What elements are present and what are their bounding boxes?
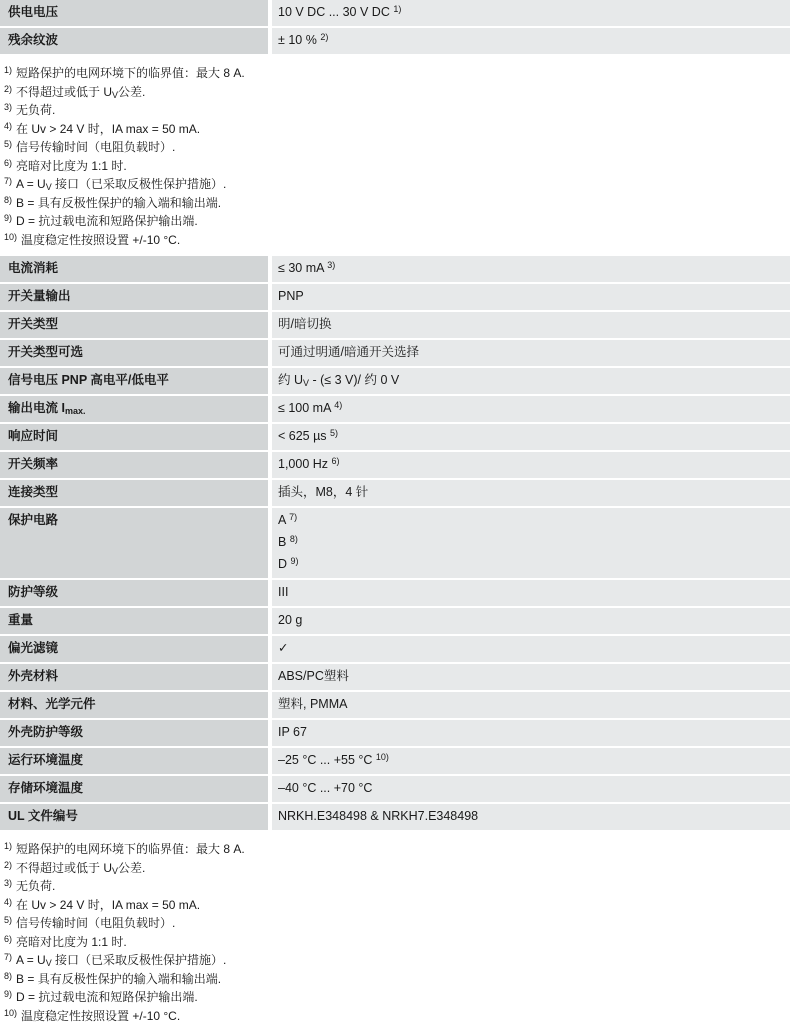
spec-value: 10 V DC ... 30 V DC 1) <box>272 0 790 26</box>
spec-value: ✓ <box>272 636 790 662</box>
footnote-number: 1) <box>4 65 12 75</box>
spec-value: ≤ 100 mA 4) <box>272 396 790 422</box>
text-run: 接口（已采取反极性保护措施）. <box>52 953 227 967</box>
text-run: PNP <box>278 289 304 303</box>
text-run: 亮暗对比度为 1:1 时. <box>16 159 127 173</box>
text-run: 信号电压 PNP 高电平/低电平 <box>8 373 169 387</box>
spec-value-line: 10 V DC ... 30 V DC 1) <box>278 4 782 21</box>
text-run: –40 °C ... +70 °C <box>278 781 372 795</box>
footnote: 2)不得超过或低于 UV公差. <box>4 83 790 102</box>
text-run: D <box>278 557 291 571</box>
text-run: 保护电路 <box>8 513 58 527</box>
spec-label: 重量 <box>0 608 268 634</box>
text-run: UL 文件编号 <box>8 809 78 823</box>
text-run: 20 g <box>278 613 302 627</box>
text-run: 偏光滤镜 <box>8 641 58 655</box>
spec-row: 外壳防护等级IP 67 <box>0 720 790 746</box>
footnote-number: 9) <box>4 213 12 223</box>
spec-label: 响应时间 <box>0 424 268 450</box>
spec-value: 可通过明通/暗通开关选择 <box>272 340 790 366</box>
spec-label: UL 文件编号 <box>0 804 268 830</box>
footnote: 4)在 Uv > 24 V 时，IA max = 50 mA. <box>4 120 790 139</box>
text-run: 接口（已采取反极性保护措施）. <box>52 177 227 191</box>
spec-value-line: 1,000 Hz 6) <box>278 456 782 473</box>
footnote: 5)信号传输时间（电阻负载时）. <box>4 914 790 933</box>
spec-value: 约 UV - (≤ 3 V)/ 约 0 V <box>272 368 790 394</box>
text-run: D = 抗过载电流和短路保护输出端. <box>16 214 198 228</box>
spec-row: 开关频率1,000 Hz 6) <box>0 452 790 478</box>
spec-value-line: 20 g <box>278 612 782 629</box>
spec-label: 开关类型可选 <box>0 340 268 366</box>
text-run: 亮暗对比度为 1:1 时. <box>16 935 127 949</box>
superscript-ref: 10) <box>376 752 389 762</box>
spec-label: 运行环境温度 <box>0 748 268 774</box>
text-run: 无负荷. <box>16 103 55 117</box>
text-run: 在 Uv > 24 V 时，IA max = 50 mA. <box>16 898 200 912</box>
footnote-number: 8) <box>4 971 12 981</box>
spec-value: < 625 µs 5) <box>272 424 790 450</box>
spec-value-line: NRKH.E348498 & NRKH7.E348498 <box>278 808 782 825</box>
spec-value-line: IP 67 <box>278 724 782 741</box>
footnote-number: 6) <box>4 934 12 944</box>
text-run: 信号传输时间（电阻负载时）. <box>16 140 175 154</box>
spec-value-line: –25 °C ... +55 °C 10) <box>278 752 782 769</box>
superscript-ref: 4) <box>334 400 342 410</box>
footnote: 10)温度稳定性按照设置 +/-10 °C. <box>4 1007 790 1026</box>
text-run: 外壳防护等级 <box>8 725 83 739</box>
spec-label: 防护等级 <box>0 580 268 606</box>
text-run: NRKH.E348498 & NRKH7.E348498 <box>278 809 478 823</box>
footnote: 2)不得超过或低于 UV公差. <box>4 859 790 878</box>
text-run: 不得超过或低于 U <box>16 85 112 99</box>
text-run: D = 抗过载电流和短路保护输出端. <box>16 990 198 1004</box>
footnote: 8)B = 具有反极性保护的输入端和输出端. <box>4 194 790 213</box>
spec-label: 输出电流 Imax. <box>0 396 268 422</box>
text-run: 短路保护的电网环境下的临界值：最大 8 A. <box>16 66 245 80</box>
spec-value: PNP <box>272 284 790 310</box>
superscript-ref: 8) <box>290 534 298 544</box>
spec-value: 1,000 Hz 6) <box>272 452 790 478</box>
footnote-number: 8) <box>4 195 12 205</box>
text-run: 插头，M8，4 针 <box>278 485 368 499</box>
footnote-number: 2) <box>4 84 12 94</box>
footnote-number: 7) <box>4 952 12 962</box>
text-run: 开关类型 <box>8 317 58 331</box>
footnote: 5)信号传输时间（电阻负载时）. <box>4 138 790 157</box>
spec-row: 供电电压10 V DC ... 30 V DC 1) <box>0 0 790 26</box>
text-run: 连接类型 <box>8 485 58 499</box>
spec-row: 输出电流 Imax.≤ 100 mA 4) <box>0 396 790 422</box>
text-run: 温度稳定性按照设置 +/-10 °C. <box>21 1009 180 1023</box>
text-run: 开关类型可选 <box>8 345 83 359</box>
text-run: 公差. <box>118 861 145 875</box>
text-run: III <box>278 585 288 599</box>
spec-row: 重量20 g <box>0 608 790 634</box>
text-run: ABS/PC塑料 <box>278 669 349 683</box>
checkmark-icon: ✓ <box>278 641 288 655</box>
footnote: 1)短路保护的电网环境下的临界值：最大 8 A. <box>4 64 790 83</box>
spec-label: 开关类型 <box>0 312 268 338</box>
spec-value-line: 塑料, PMMA <box>278 696 782 713</box>
text-run: 公差. <box>118 85 145 99</box>
superscript-ref: 9) <box>291 556 299 566</box>
footnote-number: 1) <box>4 841 12 851</box>
spec-row: 外壳材料ABS/PC塑料 <box>0 664 790 690</box>
spec-label: 开关量输出 <box>0 284 268 310</box>
superscript-ref: 3) <box>327 260 335 270</box>
text-run: 无负荷. <box>16 879 55 893</box>
footnote: 4)在 Uv > 24 V 时，IA max = 50 mA. <box>4 896 790 915</box>
footnote-number: 6) <box>4 158 12 168</box>
spec-value-line: –40 °C ... +70 °C <box>278 780 782 797</box>
spec-label: 电流消耗 <box>0 256 268 282</box>
spec-value-line: PNP <box>278 288 782 305</box>
spec-value-line: B 8) <box>278 534 782 551</box>
spec-value-line: 插头，M8，4 针 <box>278 484 782 501</box>
superscript-ref: 6) <box>332 456 340 466</box>
spec-label: 残余纹波 <box>0 28 268 54</box>
text-run: 温度稳定性按照设置 +/-10 °C. <box>21 233 180 247</box>
spec-value-line: ≤ 30 mA 3) <box>278 260 782 277</box>
spec-value: ≤ 30 mA 3) <box>272 256 790 282</box>
text-run: 防护等级 <box>8 585 58 599</box>
footnote-number: 3) <box>4 878 12 888</box>
spec-table-power: 供电电压10 V DC ... 30 V DC 1)残余纹波± 10 % 2) <box>0 0 790 54</box>
text-run: B <box>278 535 290 549</box>
spec-row: 存储环境温度–40 °C ... +70 °C <box>0 776 790 802</box>
spec-label: 材料、光学元件 <box>0 692 268 718</box>
spec-row: 电流消耗≤ 30 mA 3) <box>0 256 790 282</box>
footnotes-bottom: 1)短路保护的电网环境下的临界值：最大 8 A.2)不得超过或低于 UV公差.3… <box>0 840 790 1025</box>
spec-row: 材料、光学元件塑料, PMMA <box>0 692 790 718</box>
text-run: 重量 <box>8 613 33 627</box>
footnote: 7)A = UV 接口（已采取反极性保护措施）. <box>4 951 790 970</box>
spec-label: 信号电压 PNP 高电平/低电平 <box>0 368 268 394</box>
superscript-ref: 5) <box>330 428 338 438</box>
spec-label: 保护电路 <box>0 508 268 578</box>
text-run: 明/暗切换 <box>278 317 331 331</box>
spec-value: 20 g <box>272 608 790 634</box>
spec-value-line: A 7) <box>278 512 782 529</box>
footnote: 9)D = 抗过载电流和短路保护输出端. <box>4 212 790 231</box>
spec-label: 连接类型 <box>0 480 268 506</box>
text-run: A = U <box>16 177 46 191</box>
spec-row: 保护电路A 7)B 8)D 9) <box>0 508 790 578</box>
spec-value-line: ABS/PC塑料 <box>278 668 782 685</box>
text-run: 短路保护的电网环境下的临界值：最大 8 A. <box>16 842 245 856</box>
text-run: A = U <box>16 953 46 967</box>
footnote-number: 10) <box>4 232 17 242</box>
spec-table-main: 电流消耗≤ 30 mA 3)开关量输出PNP开关类型明/暗切换开关类型可选可通过… <box>0 256 790 830</box>
spec-row: 响应时间< 625 µs 5) <box>0 424 790 450</box>
text-run: 外壳材料 <box>8 669 58 683</box>
text-run: ≤ 100 mA <box>278 401 334 415</box>
footnote-number: 3) <box>4 102 12 112</box>
footnotes-top: 1)短路保护的电网环境下的临界值：最大 8 A.2)不得超过或低于 UV公差.3… <box>0 64 790 249</box>
subscript: max. <box>65 406 86 416</box>
spec-label: 供电电压 <box>0 0 268 26</box>
footnote: 8)B = 具有反极性保护的输入端和输出端. <box>4 970 790 989</box>
spec-value: NRKH.E348498 & NRKH7.E348498 <box>272 804 790 830</box>
footnote-number: 9) <box>4 989 12 999</box>
footnote: 10)温度稳定性按照设置 +/-10 °C. <box>4 231 790 250</box>
spec-row: 开关量输出PNP <box>0 284 790 310</box>
text-run: B = 具有反极性保护的输入端和输出端. <box>16 196 221 210</box>
spec-label: 外壳防护等级 <box>0 720 268 746</box>
footnote-number: 4) <box>4 897 12 907</box>
text-run: 约 U <box>278 373 303 387</box>
spec-value-line: ≤ 100 mA 4) <box>278 400 782 417</box>
superscript-ref: 7) <box>289 512 297 522</box>
datasheet-page: 供电电压10 V DC ... 30 V DC 1)残余纹波± 10 % 2) … <box>0 0 790 1025</box>
text-run: IP 67 <box>278 725 307 739</box>
spec-row: 连接类型插头，M8，4 针 <box>0 480 790 506</box>
text-run: 响应时间 <box>8 429 58 443</box>
spec-value-line: D 9) <box>278 556 782 573</box>
spec-value: 塑料, PMMA <box>272 692 790 718</box>
spec-value: 插头，M8，4 针 <box>272 480 790 506</box>
spec-row: 运行环境温度–25 °C ... +55 °C 10) <box>0 748 790 774</box>
text-run: 不得超过或低于 U <box>16 861 112 875</box>
text-run: - (≤ 3 V)/ 约 0 V <box>309 373 399 387</box>
spec-row: 开关类型可选可通过明通/暗通开关选择 <box>0 340 790 366</box>
spec-value-line: ✓ <box>278 640 782 657</box>
text-run: 运行环境温度 <box>8 753 83 767</box>
text-run: 在 Uv > 24 V 时，IA max = 50 mA. <box>16 122 200 136</box>
text-run: < 625 µs <box>278 429 330 443</box>
spec-label: 外壳材料 <box>0 664 268 690</box>
spec-value: –40 °C ... +70 °C <box>272 776 790 802</box>
spec-row: 信号电压 PNP 高电平/低电平约 UV - (≤ 3 V)/ 约 0 V <box>0 368 790 394</box>
footnote-number: 5) <box>4 139 12 149</box>
spec-value-line: 可通过明通/暗通开关选择 <box>278 344 782 361</box>
text-run: B = 具有反极性保护的输入端和输出端. <box>16 972 221 986</box>
spec-row: 偏光滤镜✓ <box>0 636 790 662</box>
text-run: –25 °C ... +55 °C <box>278 753 376 767</box>
footnote-number: 2) <box>4 860 12 870</box>
text-run: 10 V DC ... 30 V DC <box>278 5 393 19</box>
spec-value-line: 约 UV - (≤ 3 V)/ 约 0 V <box>278 372 782 389</box>
text-run: 存储环境温度 <box>8 781 83 795</box>
text-run: ± 10 % <box>278 33 320 47</box>
footnote-number: 4) <box>4 121 12 131</box>
text-run: 塑料, PMMA <box>278 697 347 711</box>
spec-value: III <box>272 580 790 606</box>
footnote-number: 10) <box>4 1008 17 1018</box>
footnote: 6)亮暗对比度为 1:1 时. <box>4 157 790 176</box>
footnote-number: 7) <box>4 176 12 186</box>
spec-value: 明/暗切换 <box>272 312 790 338</box>
text-run: 残余纹波 <box>8 33 58 47</box>
spec-label: 存储环境温度 <box>0 776 268 802</box>
spec-label: 偏光滤镜 <box>0 636 268 662</box>
spec-value: A 7)B 8)D 9) <box>272 508 790 578</box>
text-run: 可通过明通/暗通开关选择 <box>278 345 419 359</box>
text-run: 电流消耗 <box>8 261 58 275</box>
spec-value: ABS/PC塑料 <box>272 664 790 690</box>
text-run: 开关频率 <box>8 457 58 471</box>
superscript-ref: 1) <box>393 4 401 14</box>
spec-value-line: < 625 µs 5) <box>278 428 782 445</box>
footnote: 6)亮暗对比度为 1:1 时. <box>4 933 790 952</box>
footnote: 1)短路保护的电网环境下的临界值：最大 8 A. <box>4 840 790 859</box>
footnote: 3)无负荷. <box>4 101 790 120</box>
spec-value: IP 67 <box>272 720 790 746</box>
spec-value-line: 明/暗切换 <box>278 316 782 333</box>
spec-value: ± 10 % 2) <box>272 28 790 54</box>
text-run: 输出电流 I <box>8 401 65 415</box>
footnote-number: 5) <box>4 915 12 925</box>
text-run: A <box>278 513 289 527</box>
spec-row: 开关类型明/暗切换 <box>0 312 790 338</box>
spec-value: –25 °C ... +55 °C 10) <box>272 748 790 774</box>
text-run: 开关量输出 <box>8 289 71 303</box>
spec-row: UL 文件编号NRKH.E348498 & NRKH7.E348498 <box>0 804 790 830</box>
text-run: 供电电压 <box>8 5 58 19</box>
text-run: 材料、光学元件 <box>8 697 96 711</box>
spec-row: 残余纹波± 10 % 2) <box>0 28 790 54</box>
footnote: 3)无负荷. <box>4 877 790 896</box>
spec-row: 防护等级III <box>0 580 790 606</box>
spec-value-line: ± 10 % 2) <box>278 32 782 49</box>
text-run: 信号传输时间（电阻负载时）. <box>16 916 175 930</box>
superscript-ref: 2) <box>320 32 328 42</box>
text-run: 1,000 Hz <box>278 457 332 471</box>
spec-value-line: III <box>278 584 782 601</box>
footnote: 7)A = UV 接口（已采取反极性保护措施）. <box>4 175 790 194</box>
text-run: ≤ 30 mA <box>278 261 327 275</box>
spec-label: 开关频率 <box>0 452 268 478</box>
